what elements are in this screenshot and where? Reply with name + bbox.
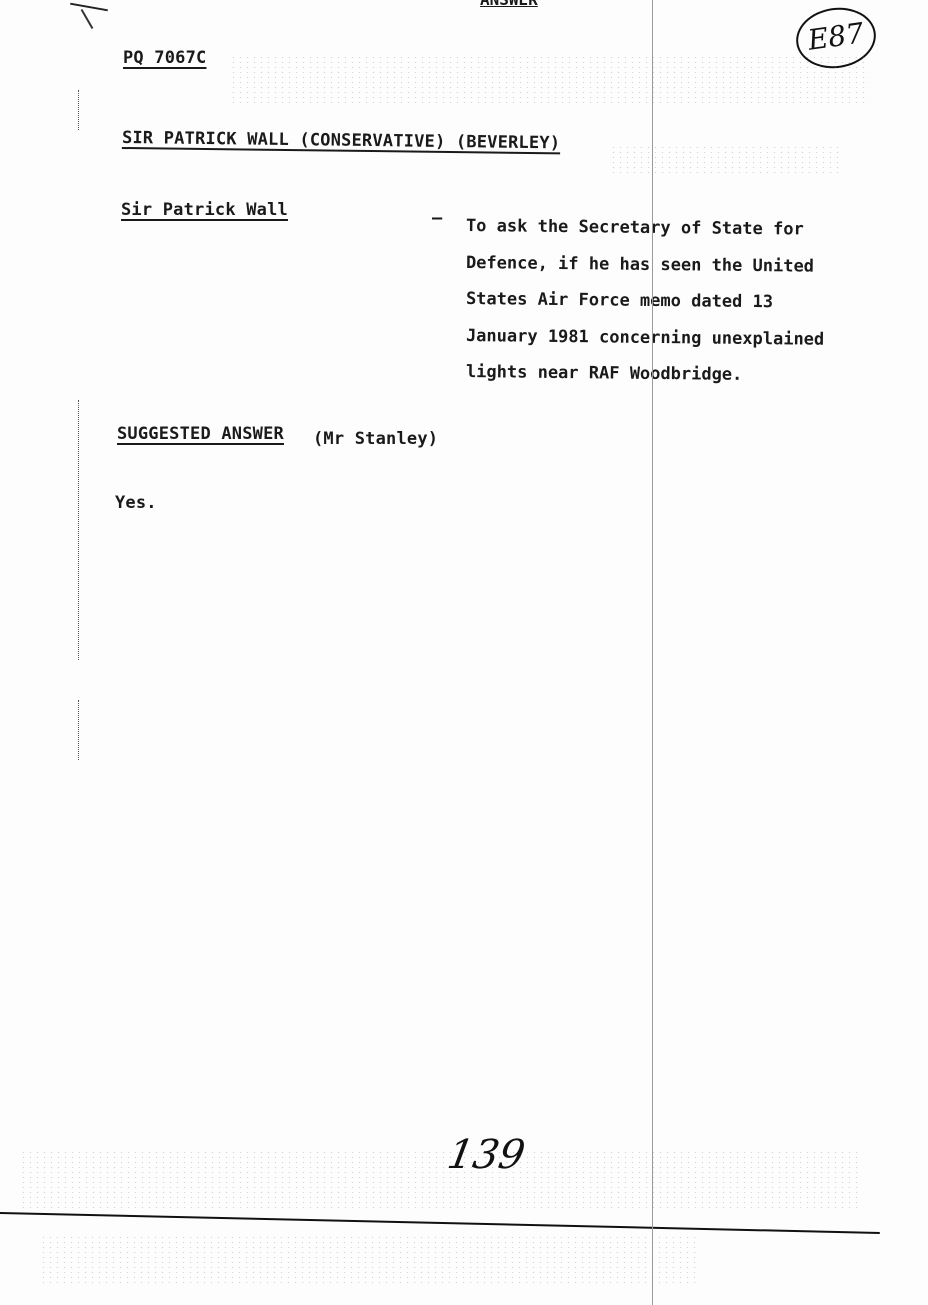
- pen-mark: [81, 9, 94, 29]
- reference-number: PQ 7067C: [123, 48, 206, 68]
- scan-noise: [20, 1150, 860, 1210]
- margin-perforation: [78, 400, 79, 660]
- question-line: States Air Force memo dated 13: [466, 281, 876, 322]
- question-line: Defence, if he has seen the United: [466, 245, 876, 286]
- margin-perforation: [78, 700, 79, 760]
- margin-perforation: [78, 90, 79, 130]
- header-fragment: ANSWER: [480, 0, 538, 9]
- answer-heading: SUGGESTED ANSWER: [117, 424, 284, 444]
- question-line: lights near RAF Woodbridge.: [466, 354, 876, 395]
- asker-name: Sir Patrick Wall: [121, 200, 288, 220]
- scan-noise: [40, 1235, 700, 1285]
- pen-mark: [70, 3, 108, 12]
- scan-noise: [610, 145, 840, 175]
- document-page: ANSWER E87 PQ 7067C SIR PATRICK WALL (CO…: [0, 0, 928, 1305]
- answer-minister: (Mr Stanley): [313, 429, 438, 449]
- folio-number: 139: [444, 1132, 528, 1178]
- question-line: January 1981 concerning unexplained: [466, 318, 876, 359]
- question-dash: –: [432, 208, 442, 228]
- scan-noise: [230, 55, 870, 105]
- stamp-label: E87: [796, 15, 876, 58]
- question-text: To ask the Secretary of State for Defenc…: [466, 208, 876, 391]
- member-heading: SIR PATRICK WALL (CONSERVATIVE) (BEVERLE…: [122, 128, 560, 153]
- answer-text: Yes.: [115, 493, 157, 513]
- bottom-rule: [0, 1212, 880, 1234]
- scan-fold-line: [652, 0, 653, 1305]
- question-line: To ask the Secretary of State for: [466, 208, 876, 249]
